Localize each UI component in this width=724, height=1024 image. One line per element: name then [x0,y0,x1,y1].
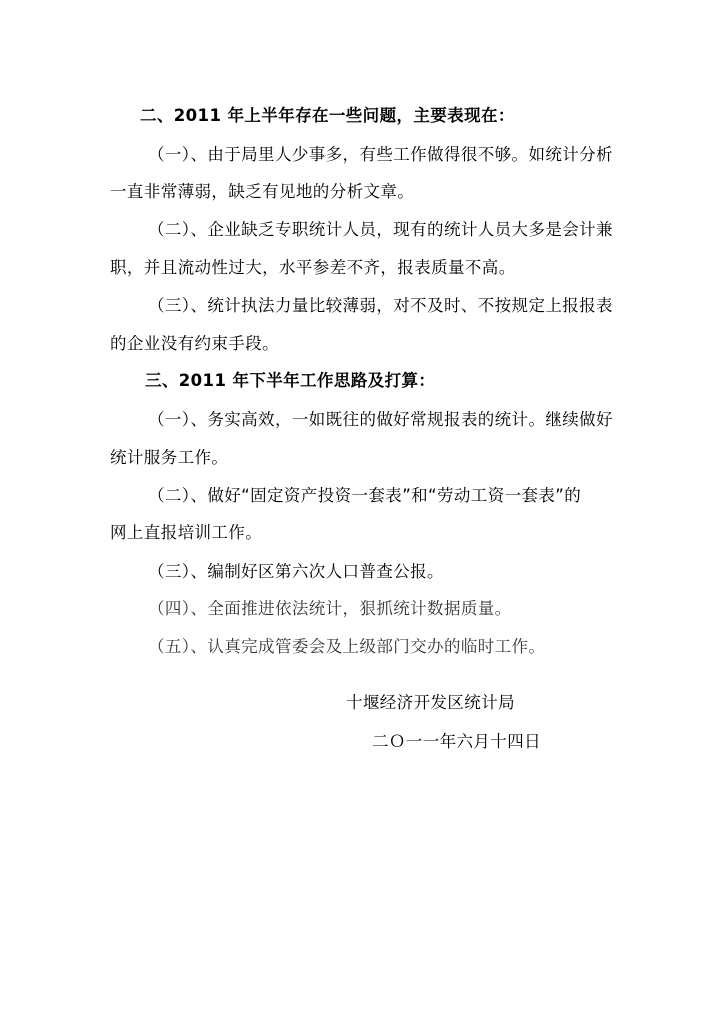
section-3-item-1-line-2: 统计服务工作。 [110,447,228,469]
signature-date: 二Ｏ一一年六月十四日 [372,731,541,753]
section-2-item-1-line-2: 一直非常薄弱，缺乏有见地的分析文章。 [110,181,414,203]
section-2-item-3-line-1: （三）、统计执法力量比较薄弱，对不及时、不按规定上报报表 [148,295,613,317]
section-2-item-3-line-2: 的企业没有约束手段。 [110,333,279,355]
section-2-heading: 二、2011 年上半年存在一些问题，主要表现在： [140,105,515,127]
section-2-item-2-line-1: （二）、企业缺乏专职统计人员，现有的统计人员大多是会计兼 [148,219,613,241]
section-3-item-5: （五）、认真完成管委会及上级部门交办的临时工作。 [148,636,545,658]
section-2-item-2-line-2: 职，并且流动性过大，水平参差不齐，报表质量不高。 [110,257,516,279]
section-3-item-2-line-1: （二）、做好“固定资产投资一套表”和“劳动工资一套表”的 [148,485,581,507]
section-3-item-2-line-2: 网上直报培训工作。 [110,522,262,544]
signature-organization: 十堰经济开发区统计局 [346,692,515,714]
section-2-item-1-line-1: （一）、由于局里人少事多，有些工作做得很不够。如统计分析 [148,144,613,166]
section-3-item-3: （三）、编制好区第六次人口普查公报。 [148,561,444,583]
section-3-heading: 三、2011 年下半年工作思路及打算： [145,370,435,392]
section-3-item-4: （四）、全面推进依法统计，狠抓统计数据质量。 [148,598,512,620]
document-page: 二、2011 年上半年存在一些问题，主要表现在： （一）、由于局里人少事多，有些… [0,0,724,1024]
section-3-item-1-line-1: （一）、务实高效，一如既往的做好常规报表的统计。继续做好 [148,409,613,431]
